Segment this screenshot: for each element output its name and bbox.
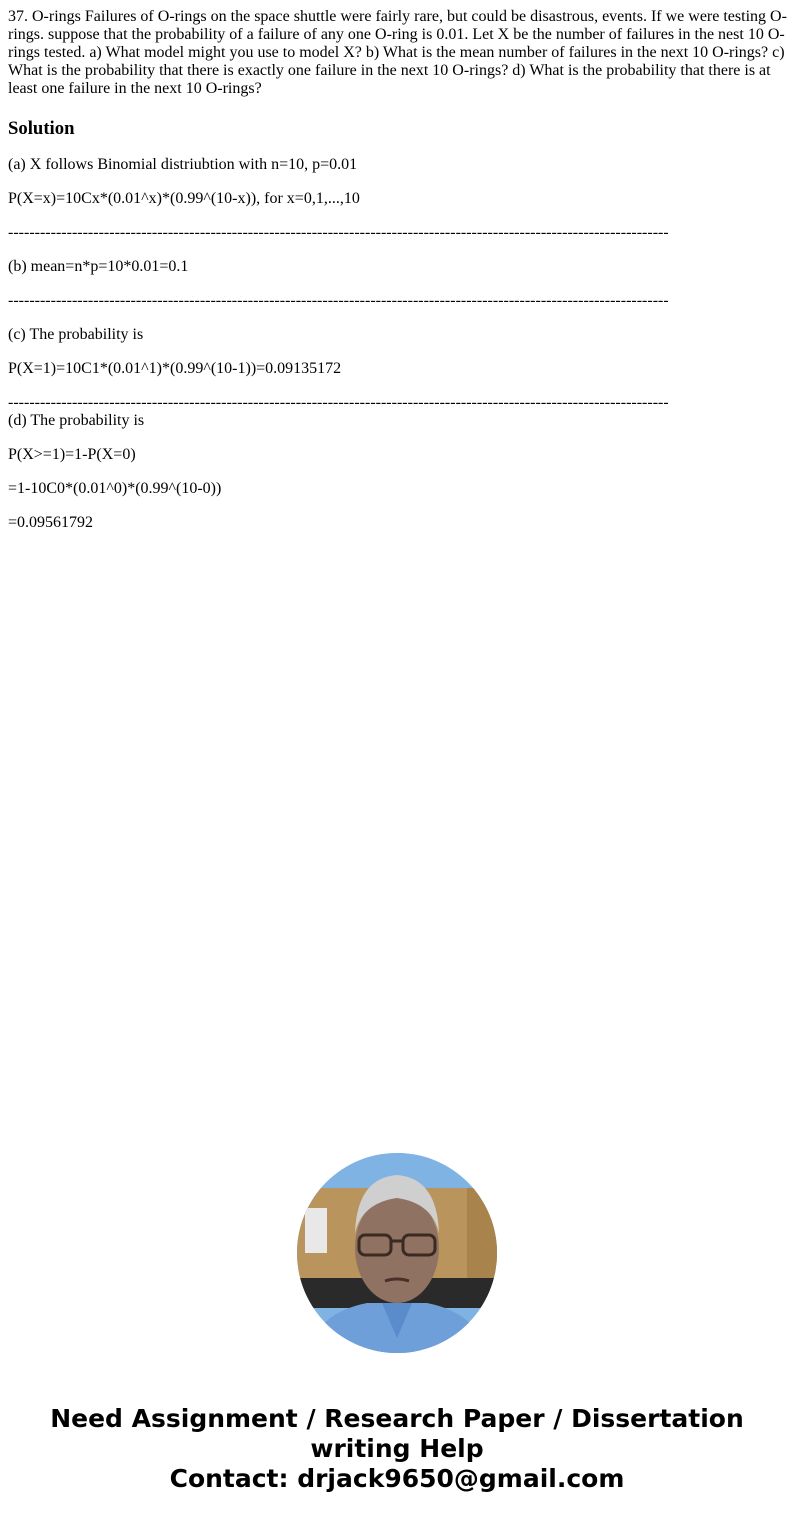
part-d-line-4: =0.09561792 <box>8 514 788 532</box>
footer-line-1: Need Assignment / Research Paper / Disse… <box>0 1404 794 1434</box>
footer-line-2: writing Help <box>0 1434 794 1464</box>
part-b-line-1: (b) mean=n*p=10*0.01=0.1 <box>8 258 788 276</box>
part-c-line-1: (c) The probability is <box>8 326 788 344</box>
part-a-line-2: P(X=x)=10Cx*(0.01^x)*(0.99^(10-x)), for … <box>8 190 788 208</box>
part-c-line-2: P(X=1)=10C1*(0.01^1)*(0.99^(10-1))=0.091… <box>8 360 788 378</box>
solution-heading: Solution <box>8 118 788 140</box>
part-d-line-2: P(X>=1)=1-P(X=0) <box>8 446 788 464</box>
separator: ----------------------------------------… <box>8 292 668 310</box>
separator: ----------------------------------------… <box>8 224 668 242</box>
document-content: 37. O-rings Failures of O-rings on the s… <box>8 8 788 532</box>
person-photo-icon <box>297 1153 497 1353</box>
part-d-line-1: (d) The probability is <box>8 412 788 430</box>
footer-contact: Contact: drjack9650@gmail.com <box>0 1464 794 1494</box>
solution-body: (a) X follows Binomial distriubtion with… <box>8 156 788 532</box>
part-d-line-3: =1-10C0*(0.01^0)*(0.99^(10-0)) <box>8 480 788 498</box>
part-a-line-1: (a) X follows Binomial distriubtion with… <box>8 156 788 174</box>
avatar <box>297 1153 497 1353</box>
question-text: 37. O-rings Failures of O-rings on the s… <box>8 8 788 98</box>
separator: ----------------------------------------… <box>8 394 668 412</box>
promo-footer: Need Assignment / Research Paper / Disse… <box>0 1404 794 1494</box>
